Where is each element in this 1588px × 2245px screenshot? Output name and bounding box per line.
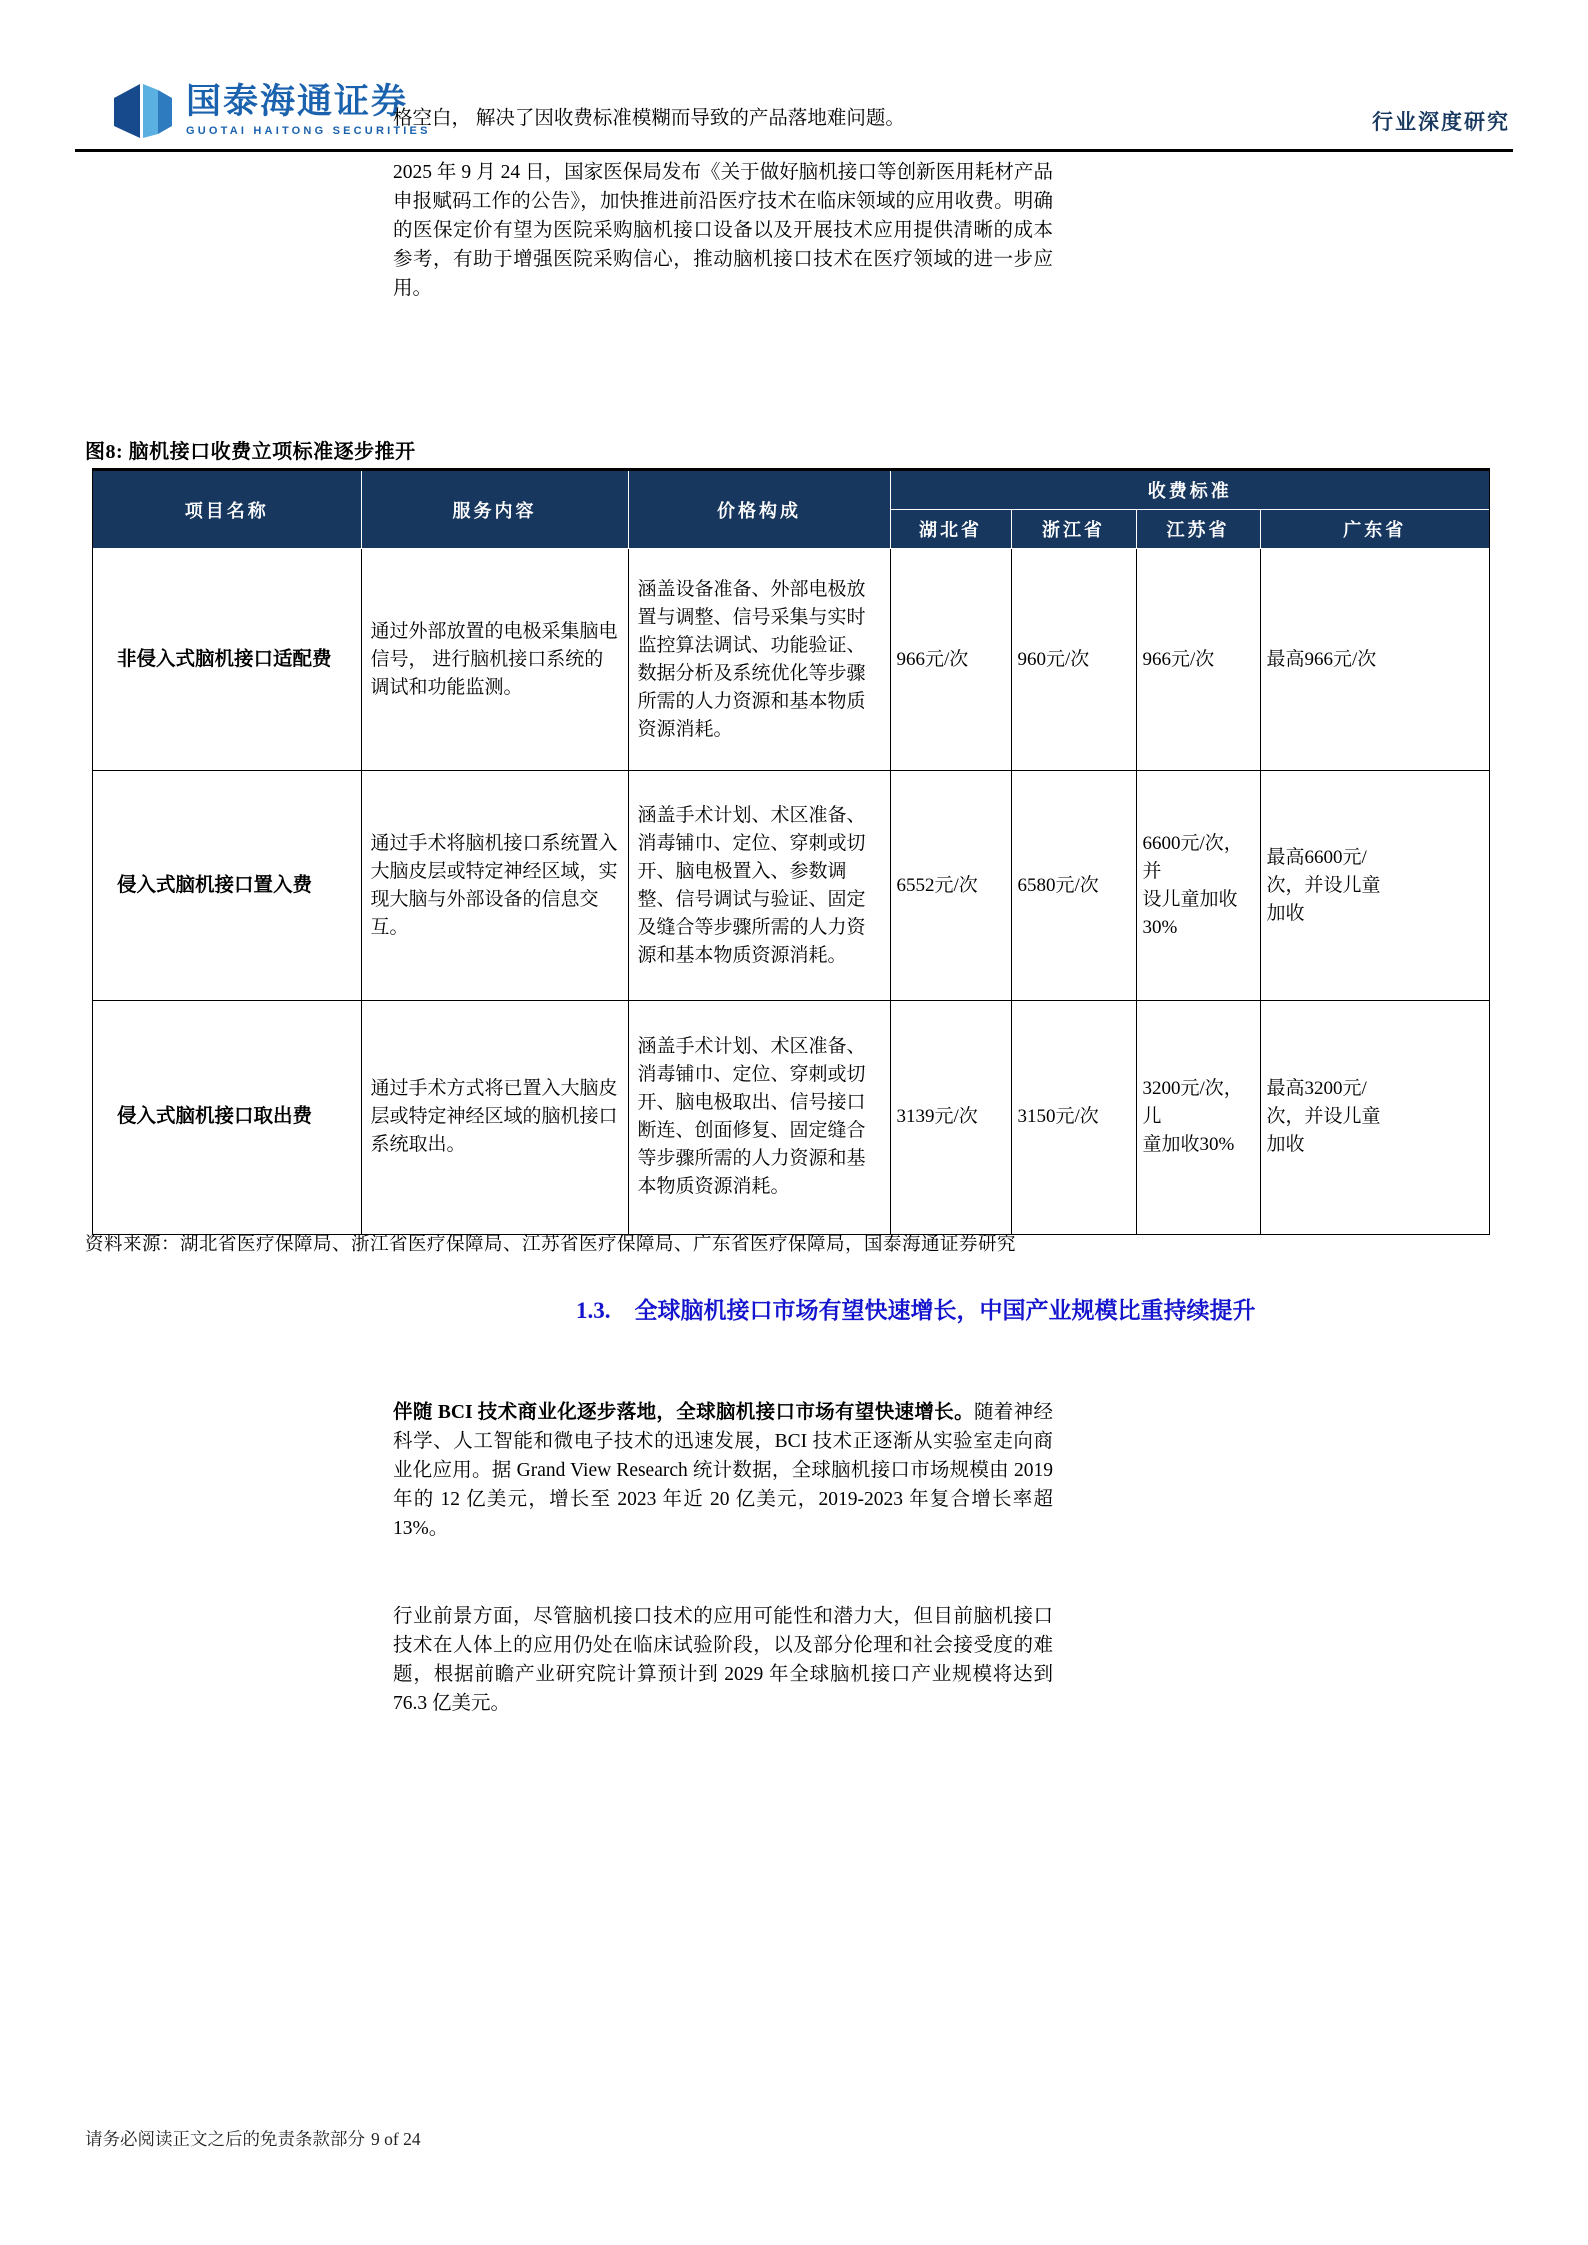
section-title: 全球脑机接口市场有望快速增长，中国产业规模比重持续提升 — [635, 1290, 1267, 1331]
data-source-note: 资料来源：湖北省医疗保障局、浙江省医疗保障局、江苏省医疗保障局、广东省医疗保障局… — [85, 1230, 1016, 1256]
section-number: 1.3. — [576, 1290, 611, 1331]
fee-cell-guangdong: 最高3200元/ 次，并设儿童 加收 — [1260, 1001, 1489, 1234]
col-header-zhejiang: 浙江省 — [1011, 510, 1136, 549]
company-logo: 国泰海通证券 GUOTAI HAITONG SECURITIES — [112, 82, 431, 140]
fee-cell-jiangsu: 6600元/次，并 设儿童加收 30% — [1136, 771, 1260, 1001]
report-type-label: 行业深度研究 — [1372, 106, 1510, 136]
price-comp-cell: 涵盖手术计划、术区准备、消毒铺巾、定位、穿刺或切开、脑电极置入、参数调整、信号调… — [628, 771, 890, 1001]
table-row: 侵入式脑机接口取出费 通过手术方式将已置入大脑皮层或特定神经区域的脑机接口系统取… — [93, 1001, 1489, 1234]
logo-icon — [112, 82, 174, 140]
fee-standard-table: 项目名称 服务内容 价格构成 收费标准 湖北省 浙江省 江苏省 广东省 非侵入式… — [92, 468, 1490, 1235]
col-header-hubei: 湖北省 — [890, 510, 1011, 549]
fee-cell-hubei: 3139元/次 — [890, 1001, 1011, 1234]
price-comp-cell: 涵盖手术计划、术区准备、消毒铺巾、定位、穿刺或切开、脑电极取出、信号接口断连、创… — [628, 1001, 890, 1234]
table-row: 侵入式脑机接口置入费 通过手术将脑机接口系统置入大脑皮层或特定神经区域，实现大脑… — [93, 771, 1489, 1001]
paragraph-policy: 2025 年 9 月 24 日，国家医保局发布《关于做好脑机接口等创新医用耗材产… — [393, 158, 1053, 303]
fee-cell-zhejiang: 960元/次 — [1011, 549, 1136, 771]
table-row: 非侵入式脑机接口适配费 通过外部放置的电极采集脑电信号， 进行脑机接口系统的调试… — [93, 549, 1489, 771]
header-divider — [75, 149, 1513, 152]
col-header-service: 服务内容 — [361, 471, 628, 549]
project-name-cell: 侵入式脑机接口置入费 — [93, 771, 361, 1001]
section-heading: 1.3. 全球脑机接口市场有望快速增长，中国产业规模比重持续提升 — [576, 1290, 1267, 1331]
page-footer: 请务必阅读正文之后的免责条款部分9 of 24 — [85, 2126, 421, 2151]
fee-cell-jiangsu: 3200元/次，儿 童加收30% — [1136, 1001, 1260, 1234]
fee-cell-guangdong: 最高966元/次 — [1260, 549, 1489, 771]
price-comp-cell: 涵盖设备准备、外部电极放置与调整、信号采集与实时监控算法调试、功能验证、数据分析… — [628, 549, 890, 771]
paragraph-market-growth: 伴随 BCI 技术商业化逐步落地，全球脑机接口市场有望快速增长。随着神经科学、人… — [393, 1398, 1053, 1543]
disclaimer-text: 请务必阅读正文之后的免责条款部分 — [85, 2129, 365, 2149]
fee-cell-zhejiang: 3150元/次 — [1011, 1001, 1136, 1234]
service-cell: 通过手术方式将已置入大脑皮层或特定神经区域的脑机接口系统取出。 — [361, 1001, 628, 1234]
paragraph-lead-bold: 伴随 BCI 技术商业化逐步落地，全球脑机接口市场有望快速增长。 — [393, 1402, 974, 1423]
fee-cell-hubei: 966元/次 — [890, 549, 1011, 771]
col-header-guangdong: 广东省 — [1260, 510, 1489, 549]
page-number: 9 of 24 — [371, 2129, 421, 2149]
project-name-cell: 侵入式脑机接口取出费 — [93, 1001, 361, 1234]
col-header-fee-standard: 收费标准 — [890, 471, 1489, 510]
service-cell: 通过手术将脑机接口系统置入大脑皮层或特定神经区域，实现大脑与外部设备的信息交互。 — [361, 771, 628, 1001]
project-name-cell: 非侵入式脑机接口适配费 — [93, 549, 361, 771]
fee-cell-zhejiang: 6580元/次 — [1011, 771, 1136, 1001]
figure-title: 图8: 脑机接口收费立项标准逐步推开 — [85, 435, 416, 464]
fee-cell-guangdong: 最高6600元/ 次，并设儿童 加收 — [1260, 771, 1489, 1001]
service-cell: 通过外部放置的电极采集脑电信号， 进行脑机接口系统的调试和功能监测。 — [361, 549, 628, 771]
col-header-price-comp: 价格构成 — [628, 471, 890, 549]
col-header-jiangsu: 江苏省 — [1136, 510, 1260, 549]
paragraph-continuation: 格空白， 解决了因收费标准模糊而导致的产品落地难问题。 — [393, 104, 1053, 133]
fee-cell-hubei: 6552元/次 — [890, 771, 1011, 1001]
paragraph-outlook: 行业前景方面，尽管脑机接口技术的应用可能性和潜力大，但目前脑机接口技术在人体上的… — [393, 1602, 1053, 1718]
fee-cell-jiangsu: 966元/次 — [1136, 549, 1260, 771]
col-header-project: 项目名称 — [93, 471, 361, 549]
